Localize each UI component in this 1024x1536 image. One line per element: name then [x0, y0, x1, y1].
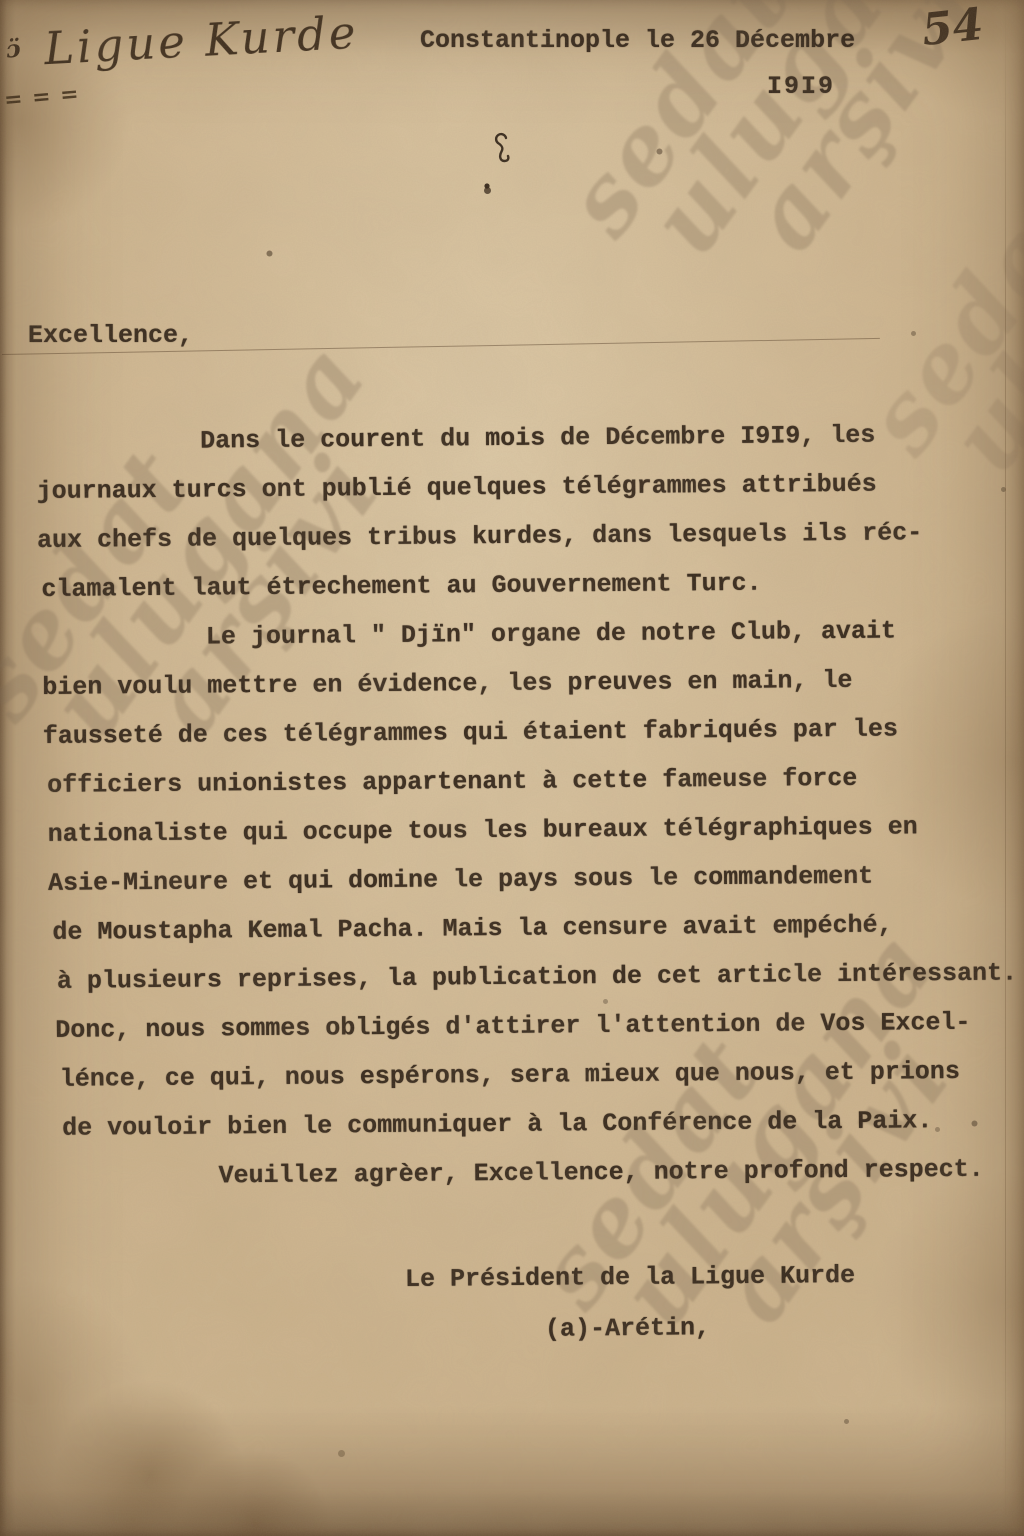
body-line: nationaliste qui occupe tous les bureaux…: [47, 802, 1004, 859]
body-line: aux chefs de quelques tribus kurdes, dan…: [37, 508, 1002, 565]
letter-body: Dans le courent du mois de Décembre I9I9…: [36, 410, 1008, 1202]
body-line: Le journal " Djïn" organe de notre Club,…: [42, 606, 1003, 663]
salutation: Excellence,: [28, 321, 193, 350]
signature-title: Le Président de la Ligue Kurde: [405, 1261, 855, 1294]
handwritten-underline-marks: = = =: [3, 81, 81, 113]
handwritten-registry-mark: ɔ̈: [5, 33, 23, 63]
document-page: sedatuluganaarşivi sedatuluganaarşivi se…: [0, 0, 1024, 1536]
handwritten-page-number: 54: [920, 0, 986, 56]
paper-crease: [1005, 0, 1006, 1536]
body-line: journaux turcs ont publié quelques télég…: [36, 459, 1001, 516]
body-line: de vouloir bien le communiquer à la Conf…: [62, 1096, 1007, 1153]
handwritten-title: Ligue Kurde: [43, 6, 360, 75]
body-line: Dans le courent du mois de Décembre I9I9…: [36, 410, 1001, 467]
body-line: lénce, ce qui, nous espérons, sera mieux…: [60, 1047, 1007, 1104]
body-line: Donc, nous sommes obligés d'attirer l'at…: [55, 998, 1006, 1055]
body-line: clamalent laut étrechement au Gouverneme…: [41, 557, 1002, 614]
ink-squiggle-mark: [478, 128, 518, 194]
year-line: I9I9: [767, 72, 835, 101]
signature-name: (a)-Arétin,: [545, 1313, 710, 1343]
paper-specks: [0, 0, 3, 3]
body-line: à plusieurs reprises, la publication de …: [57, 949, 1006, 1006]
body-line: bien voulu mettre en évidence, les preuv…: [42, 655, 1003, 712]
body-line: Asie-Mineure et qui domine le pays sous …: [48, 851, 1005, 908]
place-date-line: Constantinople le 26 Décembre: [420, 26, 855, 55]
body-line: fausseté de ces télégrammes qui étaient …: [43, 704, 1004, 761]
body-line: de Moustapha Kemal Pacha. Mais la censur…: [52, 900, 1005, 957]
body-line: officiers unionistes appartenant à cette…: [47, 753, 1004, 810]
body-line: Veuillez agrèer, Excellence, notre profo…: [54, 1145, 1007, 1202]
